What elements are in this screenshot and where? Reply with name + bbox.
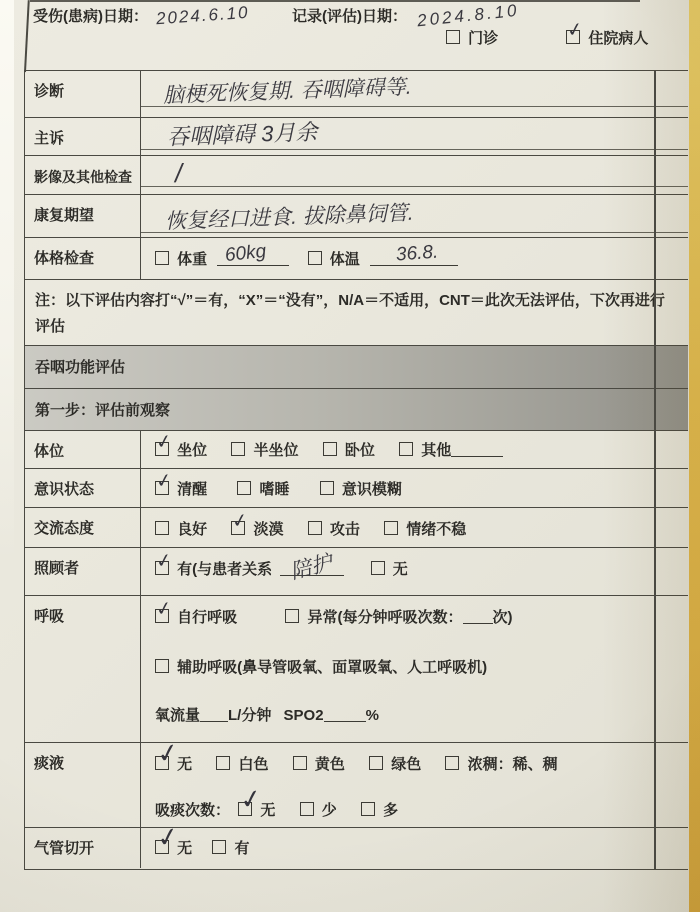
option-label: 情绪不稳 xyxy=(406,521,466,538)
suction-label: 吸痰次数： xyxy=(155,802,230,819)
trach-none-option: ✓ 无 xyxy=(155,837,192,858)
row-chief-complaint: 主诉 吞咽障碍 3月余 xyxy=(25,117,688,155)
unstable-checkbox xyxy=(384,521,398,535)
rehab-expectation-handwritten-value: 恢复经口进食. 拔除鼻饲管. xyxy=(165,197,414,236)
good-option: 良好 xyxy=(155,518,207,539)
option-label: 坐位 xyxy=(177,442,207,459)
caregiver-yes-checkbox: ✓ xyxy=(155,561,169,575)
oxygen-flow-blank xyxy=(200,707,228,722)
oxygen-flow-label: 氧流量 xyxy=(155,707,200,724)
semi-sitting-checkbox xyxy=(231,442,245,456)
temperature-option: 体温 xyxy=(308,248,360,269)
sputum-green-option: 绿色 xyxy=(369,753,421,774)
paper-form-photo: 受伤(患病)日期： 2024.6.10 记录(评估)日期： 2024.8.10 … xyxy=(0,0,700,912)
diagnosis-cell: 脑梗死恢复期. 吞咽障碍等. xyxy=(141,71,688,117)
breathing-line3: 氧流量L/分钟 SPO2% xyxy=(155,704,682,725)
weight-blank: 60kg xyxy=(217,251,289,266)
weight-checkbox xyxy=(155,251,169,265)
sitting-option: ✓ 坐位 xyxy=(155,439,207,460)
sputum-yellow-checkbox xyxy=(293,756,307,770)
option-label: 卧位 xyxy=(345,442,375,459)
weight-option: 体重 xyxy=(155,248,207,269)
row-label: 呼吸 xyxy=(25,596,141,742)
outpatient-checkbox xyxy=(446,30,460,44)
alert-option: ✓ 清醒 xyxy=(155,478,207,499)
sputum-line1: ✓ 无 白色 黄色 绿色 xyxy=(155,753,682,774)
aggressive-checkbox xyxy=(308,521,322,535)
unstable-option: 情绪不稳 xyxy=(384,518,466,539)
visit-type-line: 门诊 ✓ 住院病人 xyxy=(446,27,668,48)
relation-blank: 陪护 xyxy=(280,561,344,576)
assisted-breathing-option: 辅助呼吸(鼻导管吸氧、面罩吸氧、人工呼吸机) xyxy=(155,656,487,677)
sputum-none-option: ✓ 无 xyxy=(155,753,192,774)
outpatient-label: 门诊 xyxy=(468,30,498,47)
option-label: 异常(每分钟呼吸次数： xyxy=(308,609,463,626)
suction-few-option: 少 xyxy=(300,799,337,820)
trach-yes-option: 有 xyxy=(212,837,249,858)
row-rehab-expectation: 康复期望 恢复经口进食. 拔除鼻饲管. xyxy=(25,194,688,237)
option-label: 黄色 xyxy=(315,756,345,773)
sitting-checkbox: ✓ xyxy=(155,442,169,456)
chief-complaint-handwritten-value: 吞咽障碍 3月余 xyxy=(167,115,318,151)
imaging-handwritten-value: / xyxy=(174,158,182,189)
weight-handwritten-value: 60kg xyxy=(224,241,267,267)
row-consciousness: 意识状态 ✓ 清醒 嗜睡 意识模糊 xyxy=(25,468,688,507)
option-label: 清醒 xyxy=(177,481,207,498)
breath-rate-blank xyxy=(463,609,493,624)
check-mark-icon: ✓ xyxy=(155,822,181,851)
sputum-thick-option: 浓稠：稀、稠 xyxy=(445,753,557,774)
temperature-checkbox xyxy=(308,251,322,265)
aggressive-option: 攻击 xyxy=(308,518,360,539)
outpatient-option: 门诊 xyxy=(446,27,498,48)
sputum-white-checkbox xyxy=(216,756,230,770)
row-communication: 交流态度 良好 ✓ 淡漠 攻击 情绪不稳 xyxy=(25,507,688,547)
suction-many-option: 多 xyxy=(361,799,398,820)
sputum-thick-checkbox xyxy=(445,756,459,770)
breathing-line1: ✓ 自行呼吸 异常(每分钟呼吸次数：次) xyxy=(155,606,682,627)
row-posture: 体位 ✓ 坐位 半坐位 卧位 其他 xyxy=(25,430,688,468)
inpatient-checkbox: ✓ xyxy=(566,30,580,44)
ruled-line xyxy=(141,186,688,187)
rehab-expectation-cell: 恢复经口进食. 拔除鼻饲管. xyxy=(141,195,688,237)
indifferent-option: ✓ 淡漠 xyxy=(231,518,283,539)
lying-option: 卧位 xyxy=(323,439,375,460)
row-label: 康复期望 xyxy=(25,195,141,237)
communication-cell: 良好 ✓ 淡漠 攻击 情绪不稳 xyxy=(141,508,688,547)
consciousness-cell: ✓ 清醒 嗜睡 意识模糊 xyxy=(141,469,688,507)
option-label: 其他 xyxy=(421,442,451,459)
row-label: 体位 xyxy=(25,431,141,468)
weight-label: 体重 xyxy=(177,251,207,268)
paper-left-highlight xyxy=(0,0,14,560)
row-label: 交流态度 xyxy=(25,508,141,547)
option-label-suffix: 次) xyxy=(493,609,513,626)
sputum-green-checkbox xyxy=(369,756,383,770)
abnormal-breathing-checkbox xyxy=(285,609,299,623)
tracheostomy-cell: ✓ 无 有 xyxy=(141,828,688,868)
table-top-edge-line xyxy=(30,0,640,2)
section-title: 吞咽功能评估 xyxy=(25,346,688,388)
check-mark-icon: ✓ xyxy=(238,784,264,813)
physical-exam-cell: 体重 60kg 体温 36.8. xyxy=(141,238,688,279)
inpatient-option: ✓ 住院病人 xyxy=(566,27,648,48)
row-imaging: 影像及其他检查 / xyxy=(25,155,688,194)
sputum-white-option: 白色 xyxy=(216,753,268,774)
option-label: 无 xyxy=(393,561,408,578)
row-physical-exam: 体格检查 体重 60kg 体温 36.8. xyxy=(25,237,688,279)
caregiver-no-checkbox xyxy=(371,561,385,575)
option-label: 嗜睡 xyxy=(260,481,290,498)
option-label: 有 xyxy=(235,840,250,857)
temperature-blank: 36.8. xyxy=(370,251,458,266)
row-caregiver: 照顾者 ✓ 有(与患者关系 陪护 无 xyxy=(25,547,688,595)
suction-many-checkbox xyxy=(361,802,375,816)
check-mark-icon: ✓ xyxy=(154,471,173,492)
check-mark-icon: ✓ xyxy=(566,20,585,41)
indifferent-checkbox: ✓ xyxy=(231,521,245,535)
suction-none-checkbox: ✓ xyxy=(238,802,252,816)
option-label: 白色 xyxy=(239,756,269,773)
spo2-label: SPO2 xyxy=(284,707,324,724)
self-breathing-checkbox: ✓ xyxy=(155,609,169,623)
row-label: 诊断 xyxy=(25,71,141,117)
injury-date-handwritten-value: 2024.6.10 xyxy=(156,3,251,29)
option-label: 辅助呼吸(鼻导管吸氧、面罩吸氧、人工呼吸机) xyxy=(177,659,487,676)
other-posture-blank xyxy=(451,442,503,457)
check-mark-icon: ✓ xyxy=(154,599,173,620)
spo2-blank xyxy=(324,707,366,722)
good-checkbox xyxy=(155,521,169,535)
spo2-unit: % xyxy=(366,707,379,724)
breathing-line2: 辅助呼吸(鼻导管吸氧、面罩吸氧、人工呼吸机) xyxy=(155,656,682,677)
caregiver-no-option: 无 xyxy=(371,558,408,579)
row-label: 气管切开 xyxy=(25,828,141,868)
caregiver-cell: ✓ 有(与患者关系 陪护 无 xyxy=(141,548,688,595)
inpatient-label: 住院病人 xyxy=(588,30,648,47)
row-note: 注：以下评估内容打“√”＝有，“X”＝“没有”，N/A＝不适用，CNT＝此次无法… xyxy=(25,279,688,345)
section-header-swallow: 吞咽功能评估 xyxy=(25,345,688,388)
option-label: 攻击 xyxy=(330,521,360,538)
trach-none-checkbox: ✓ xyxy=(155,840,169,854)
trach-yes-checkbox xyxy=(212,840,226,854)
assessment-form-table: 诊断 脑梗死恢复期. 吞咽障碍等. 主诉 吞咽障碍 3月余 影像及其他检查 / … xyxy=(24,70,688,870)
suction-none-option: ✓ 无 xyxy=(238,799,275,820)
sputum-cell: ✓ 无 白色 黄色 绿色 xyxy=(141,743,688,827)
confused-option: 意识模糊 xyxy=(320,478,402,499)
drowsy-option: 嗜睡 xyxy=(237,478,289,499)
drowsy-checkbox xyxy=(237,481,251,495)
sputum-none-checkbox: ✓ xyxy=(155,756,169,770)
check-mark-icon: ✓ xyxy=(155,738,181,767)
option-label: 自行呼吸 xyxy=(177,609,237,626)
option-label: 意识模糊 xyxy=(342,481,402,498)
check-mark-icon: ✓ xyxy=(231,511,250,532)
table-right-border xyxy=(654,71,656,869)
lying-checkbox xyxy=(323,442,337,456)
caregiver-yes-option: ✓ 有(与患者关系 xyxy=(155,558,272,579)
section-header-step1: 第一步：评估前观察 xyxy=(25,388,688,430)
semi-sitting-option: 半坐位 xyxy=(231,439,298,460)
record-date-label: 记录(评估)日期： xyxy=(292,8,407,25)
temperature-label: 体温 xyxy=(330,251,360,268)
oxygen-flow-unit: L/分钟 xyxy=(228,707,271,724)
option-label: 绿色 xyxy=(391,756,421,773)
option-label: 半坐位 xyxy=(254,442,299,459)
diagnosis-handwritten-value: 脑梗死恢复期. 吞咽障碍等. xyxy=(163,71,412,110)
row-tracheostomy: 气管切开 ✓ 无 有 xyxy=(25,827,688,868)
row-breathing: 呼吸 ✓ 自行呼吸 异常(每分钟呼吸次数：次) 辅助呼吸(鼻导管吸氧、面罩 xyxy=(25,595,688,742)
temperature-handwritten-value: 36.8. xyxy=(395,242,439,267)
alert-checkbox: ✓ xyxy=(155,481,169,495)
background-edge-strip xyxy=(689,0,700,912)
self-breathing-option: ✓ 自行呼吸 xyxy=(155,606,237,627)
row-label: 影像及其他检查 xyxy=(25,156,141,194)
option-label: 少 xyxy=(322,802,337,819)
breathing-cell: ✓ 自行呼吸 异常(每分钟呼吸次数：次) 辅助呼吸(鼻导管吸氧、面罩吸氧、人工呼… xyxy=(141,596,688,742)
other-posture-option: 其他 xyxy=(399,439,503,460)
posture-cell: ✓ 坐位 半坐位 卧位 其他 xyxy=(141,431,688,468)
row-label: 意识状态 xyxy=(25,469,141,507)
check-mark-icon: ✓ xyxy=(154,432,173,453)
section-title: 第一步：评估前观察 xyxy=(25,389,688,430)
check-mark-icon: ✓ xyxy=(154,551,173,572)
note-text: 注：以下评估内容打“√”＝有，“X”＝“没有”，N/A＝不适用，CNT＝此次无法… xyxy=(25,280,688,345)
option-label: 浓稠：稀、稠 xyxy=(468,756,558,773)
row-label: 体格检查 xyxy=(25,238,141,279)
header-left-border xyxy=(24,0,30,72)
row-label: 照顾者 xyxy=(25,548,141,595)
other-posture-checkbox xyxy=(399,442,413,456)
assisted-breathing-checkbox xyxy=(155,659,169,673)
injury-date-label: 受伤(患病)日期： xyxy=(33,8,148,25)
row-label: 主诉 xyxy=(25,118,141,155)
sputum-yellow-option: 黄色 xyxy=(293,753,345,774)
row-sputum: 痰液 ✓ 无 白色 黄色 xyxy=(25,742,688,827)
option-label: 淡漠 xyxy=(254,521,284,538)
row-diagnosis: 诊断 脑梗死恢复期. 吞咽障碍等. xyxy=(25,71,688,117)
suction-line: 吸痰次数： ✓ 无 少 多 xyxy=(155,799,682,820)
suction-few-checkbox xyxy=(300,802,314,816)
option-label: 有(与患者关系 xyxy=(177,561,272,578)
imaging-cell: / xyxy=(141,156,688,194)
option-label: 多 xyxy=(383,802,398,819)
header-dates-line: 受伤(患病)日期： 2024.6.10 记录(评估)日期： 2024.8.10 xyxy=(33,5,520,26)
row-label: 痰液 xyxy=(25,743,141,827)
confused-checkbox xyxy=(320,481,334,495)
option-label: 良好 xyxy=(177,521,207,538)
chief-complaint-cell: 吞咽障碍 3月余 xyxy=(141,118,688,155)
abnormal-breathing-option: 异常(每分钟呼吸次数：次) xyxy=(285,606,512,627)
relation-handwritten-value: 陪护 xyxy=(287,546,335,585)
